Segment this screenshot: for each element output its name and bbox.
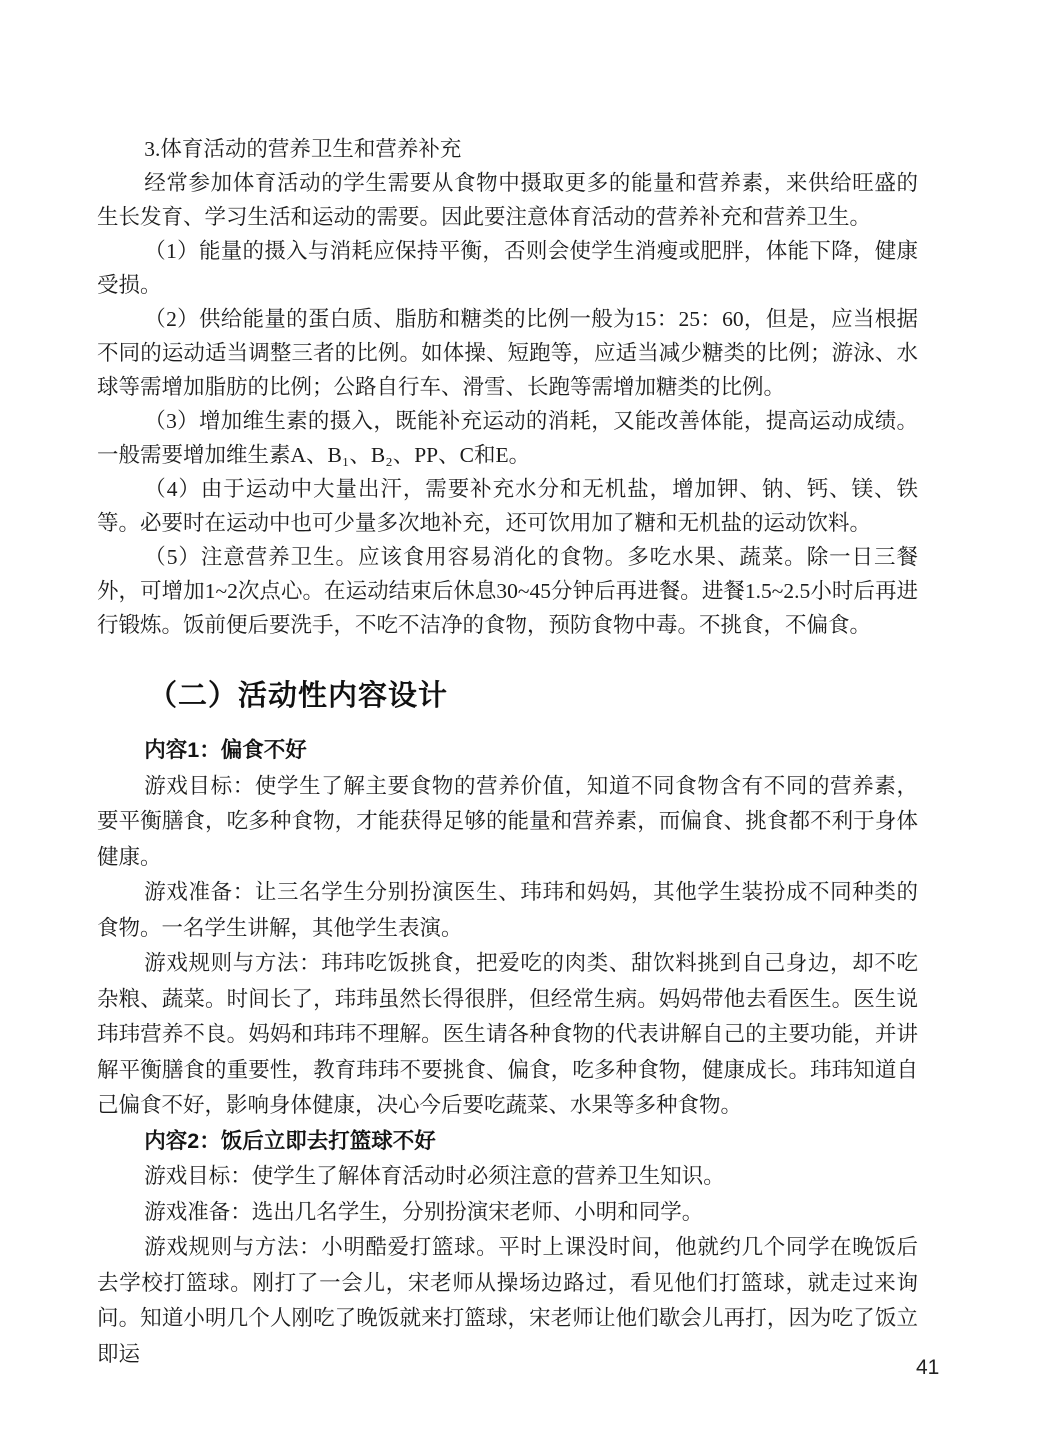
document-page: 3.体育活动的营养卫生和营养补充 经常参加体育活动的学生需要从食物中摄取更多的能… (0, 0, 1038, 1452)
numbered-point-1: （1）能量的摄入与消耗应保持平衡，否则会使学生消瘦或肥胖，体能下降，健康受损。 (97, 234, 918, 302)
content-2-goal-paragraph: 游戏目标：使学生了解体育活动时必须注意的营养卫生知识。 (97, 1159, 918, 1195)
content-1-goal-paragraph: 游戏目标：使学生了解主要食物的营养价值，知道不同食物含有不同的营养素，要平衡膳食… (97, 769, 918, 876)
section-subheading: 3.体育活动的营养卫生和营养补充 (97, 132, 918, 166)
section-sports-nutrition: 3.体育活动的营养卫生和营养补充 经常参加体育活动的学生需要从食物中摄取更多的能… (97, 132, 918, 642)
numbered-point-5: （5）注意营养卫生。应该食用容易消化的食物。多吃水果、蔬菜。除一日三餐外，可增加… (97, 540, 918, 642)
content-1-rules-paragraph: 游戏规则与方法：玮玮吃饭挑食，把爱吃的肉类、甜饮料挑到自己身边，却不吃杂粮、蔬菜… (97, 946, 918, 1124)
intro-paragraph: 经常参加体育活动的学生需要从食物中摄取更多的能量和营养素，来供给旺盛的生长发育、… (97, 166, 918, 234)
content-2-prep-paragraph: 游戏准备：选出几名学生，分别扮演宋老师、小明和同学。 (97, 1195, 918, 1231)
activity-design-heading: （二）活动性内容设计 (148, 679, 448, 713)
section-activity-content: 内容1：偏食不好 游戏目标：使学生了解主要食物的营养价值，知道不同食物含有不同的… (97, 733, 918, 1372)
numbered-point-4: （4）由于运动中大量出汗，需要补充水分和无机盐，增加钾、钠、钙、镁、铁等。必要时… (97, 472, 918, 540)
numbered-point-3: （3）增加维生素的摄入，既能补充运动的消耗，又能改善体能，提高运动成绩。一般需要… (97, 404, 918, 472)
content-2-title: 内容2：饭后立即去打篮球不好 (97, 1124, 918, 1160)
content-1-prep-paragraph: 游戏准备：让三名学生分别扮演医生、玮玮和妈妈，其他学生装扮成不同种类的食物。一名… (97, 875, 918, 946)
content-1-title: 内容1：偏食不好 (97, 733, 918, 769)
content-2-rules-paragraph: 游戏规则与方法：小明酷爱打篮球。平时上课没时间，他就约几个同学在晚饭后去学校打篮… (97, 1230, 918, 1372)
page-number: 41 (916, 1356, 942, 1379)
numbered-point-2: （2）供给能量的蛋白质、脂肪和糖类的比例一般为15：25：60，但是，应当根据不… (97, 302, 918, 404)
